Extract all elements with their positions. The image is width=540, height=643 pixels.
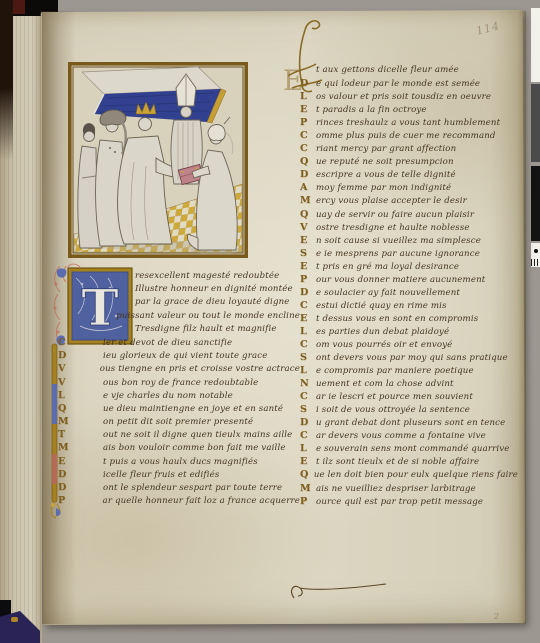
line-initial: E [300, 235, 316, 246]
verse-line: Mercy vous plaise accepter le desir [300, 195, 518, 208]
line-initial: C [300, 391, 316, 402]
line-initial: T [56, 429, 103, 440]
verse-text: ont le splendeur sespart par toute terre [103, 483, 282, 493]
line-initial: M [56, 442, 103, 453]
verse-line: Mon petit dit soit premier presenté [56, 416, 300, 429]
verse-text: ue dieu maintiengne en joye et en santé [103, 404, 283, 414]
verse-text: ostre tresdigne et haulte noblesse [316, 223, 470, 233]
verse-line: Que reputé ne soit presumpcion [300, 156, 518, 169]
line-initial: E [300, 261, 316, 272]
verse-text: Illustre honneur en dignité montée [135, 284, 293, 294]
verse-text: n soit cause si vueillez ma simplesce [316, 236, 481, 246]
verse-text: t puis a vous haulx ducs magnifiés [103, 457, 258, 467]
verse-line: Et pris en gré ma loyal desirance [300, 261, 518, 274]
verse-line: Illustre honneur en dignité montée [56, 284, 300, 297]
line-initial: Q [300, 209, 316, 220]
verse-line: Le compromis par maniere poetique [300, 365, 518, 378]
binding-gold-tooling [11, 617, 18, 622]
calibration-registration-dot [534, 249, 538, 253]
verse-line: Princes treshaulz a vous tant humblement [300, 117, 518, 130]
verse-text: par la grace de dieu loyauté digne [135, 297, 290, 307]
verse-line: Cestui dictié quay en rime mis [300, 300, 518, 313]
line-initial: E [300, 313, 316, 324]
verse-line: Dicelle fleur fruis et edifiés [56, 469, 300, 482]
line-initial: D [56, 482, 103, 493]
verse-line: Amoy femme par mon indignité [300, 182, 518, 195]
verse-text: t ilz sont tieulx et de si noble affaire [316, 457, 479, 467]
verse-text: icelle fleur fruis et edifiés [103, 470, 219, 480]
line-initial: L [300, 365, 316, 376]
verse-line: Criant mercy par grant affection [300, 143, 518, 156]
line-initial: D [300, 287, 316, 298]
line-initial: L [300, 443, 316, 454]
line-initial: S [300, 248, 316, 259]
line-initial: Q [300, 156, 316, 167]
verse-text: os valour et pris soit tousdiz en oeuvre [316, 92, 491, 102]
verse-text: e ie mesprens par aucune ignorance [316, 249, 480, 259]
verse-text: out ne soit il digne quen tieulx mains a… [103, 430, 292, 440]
line-initial: D [56, 469, 103, 480]
verse-text: puissant valeur ou tout le monde encline [116, 311, 300, 321]
line-initial: C [56, 337, 103, 348]
verse-line: Vous tiengne en pris et croisse vostre a… [56, 363, 300, 376]
verse-line: Nuement et com la chose advint [300, 378, 518, 391]
verse-text: Tresdigne filz hault et magnifie [135, 324, 277, 334]
verse-text: om vous pourrés oir et envoyé [316, 340, 452, 350]
binding-spine-edge [0, 0, 13, 160]
verse-line: Que len doit bien pour eulx quelque rien… [300, 469, 518, 482]
verse-text: ieu glorieux de qui vient toute grace [103, 351, 267, 361]
verse-text: ource quil est par trop petit message [316, 497, 483, 507]
verse-text: ous bon roy de france redoubtable [103, 378, 258, 388]
verse-column-left: resexcellent magesté redoubtéeIllustre h… [56, 271, 300, 508]
verse-text: our vous donner matiere aucunement [316, 275, 485, 285]
verse-line: Vous bon roy de france redoubtable [56, 377, 300, 390]
verse-text: omme plus puis de cuer me recommand [316, 131, 496, 141]
calibration-patch-black [531, 166, 540, 241]
verse-text: t paradis a la fin octroye [316, 105, 427, 115]
verse-text: on petit dit soit premier presenté [103, 417, 253, 427]
verse-line: Com vous pourrés oir et envoyé [300, 339, 518, 352]
verse-line: Tresdigne filz hault et magnifie [56, 324, 300, 337]
verse-line: Par quelle honneur fait loz a france acq… [56, 495, 300, 508]
verse-text: e soulacier ay fait nouvellement [316, 288, 460, 298]
line-initial: E [56, 456, 103, 467]
line-initial: C [300, 143, 316, 154]
verse-text: e vje charles du nom notable [103, 391, 233, 401]
verse-text: moy femme par mon indignité [316, 183, 451, 193]
verse-line: Que dieu maintiengne en joye et en santé [56, 403, 300, 416]
verse-text: e souverain sens mont commandé quarrive [316, 444, 510, 454]
verse-line: Se ie mesprens par aucune ignorance [300, 248, 518, 261]
line-initial: C [300, 339, 316, 350]
line-initial: D [56, 350, 103, 361]
verse-line: Mais bon vouloir comme bon fait me vaill… [56, 442, 300, 455]
verse-text: t aux gettons dicelle fleur amée [316, 65, 459, 75]
line-initial: D [300, 78, 316, 89]
verse-line: Pour vous donner matiere aucunement [300, 274, 518, 287]
line-initial: P [300, 274, 316, 285]
verse-line: puissant valeur ou tout le monde encline [56, 311, 300, 324]
line-initial: L [300, 91, 316, 102]
verse-text: ar quelle honneur fait loz a france acqu… [103, 496, 300, 506]
manuscript-photo: 114 2 [0, 0, 540, 643]
verse-text: ar devers vous comme a fontaine vive [316, 431, 486, 441]
verse-line: Vostre tresdigne et haulte noblesse [300, 222, 518, 235]
page-right-edge [518, 11, 526, 624]
line-initial: M [300, 483, 316, 494]
line-initial: Q [56, 403, 103, 414]
verse-line: Dont le splendeur sespart par toute terr… [56, 482, 300, 495]
line-initial: L [56, 390, 103, 401]
verse-text: e compromis par maniere poetique [316, 366, 474, 376]
miniature-presentation-scene [68, 62, 248, 258]
line-initial: S [300, 404, 316, 415]
line-initial: C [300, 430, 316, 441]
line-initial: M [56, 416, 103, 427]
verse-line: Si soit de vous ottroyée la sentence [300, 404, 518, 417]
verse-line: Pource quil est par trop petit message [300, 496, 518, 509]
verse-text: ont devers vous par moy qui sans pratiqu… [316, 353, 508, 363]
verse-text: i soit de vous ottroyée la sentence [316, 405, 470, 415]
line-initial: C [300, 130, 316, 141]
verse-line: Dieu glorieux de qui vient toute grace [56, 350, 300, 363]
line-initial: A [300, 182, 316, 193]
verse-text: t pris en gré ma loyal desirance [316, 262, 459, 272]
verse-text: ue len doit bien pour eulx quelque riens… [314, 470, 518, 480]
verse-line: t aux gettons dicelle fleur amée [300, 65, 518, 78]
verse-line: En soit cause si vueillez ma simplesce [300, 235, 518, 248]
verse-text: estui dictié quay en rime mis [316, 301, 447, 311]
verse-text: resexcellent magesté redoubtée [135, 271, 279, 281]
verse-text: u grant debat dont pluseurs sont en tenc… [316, 418, 505, 428]
verse-line: resexcellent magesté redoubtée [56, 271, 300, 284]
verse-line: De qui lodeur par le monde est semée [300, 78, 518, 91]
verse-text: e qui lodeur par le monde est semée [316, 79, 480, 89]
verse-text: ais bon vouloir comme bon fait me vaille [103, 443, 286, 453]
verse-column-right: t aux gettons dicelle fleur améeDe qui l… [300, 65, 518, 509]
verse-line: Car devers vous comme a fontaine vive [300, 430, 518, 443]
end-flourish [286, 578, 396, 604]
verse-line: par la grace de dieu loyauté digne [56, 297, 300, 310]
line-initial: P [56, 495, 103, 506]
verse-text: rinces treshaulz a vous tant humblement [316, 118, 500, 128]
verse-text: t dessus vous en sont en compromis [316, 314, 478, 324]
line-initial: N [300, 378, 316, 389]
verse-text: es parties dun debat plaidoyé [316, 327, 449, 337]
verse-line: Sont devers vous par moy qui sans pratiq… [300, 352, 518, 365]
verse-line: Et paradis a la fin octroye [300, 104, 518, 117]
line-initial: L [300, 326, 316, 337]
verse-text: ais ne vueilliez despriser larbitrage [316, 484, 476, 494]
line-initial: V [300, 222, 316, 233]
verse-line: Tout ne soit il digne quen tieulx mains … [56, 429, 300, 442]
verse-line: Et puis a vous haulx ducs magnifiés [56, 456, 300, 469]
verse-line: De soulacier ay fait nouvellement [300, 287, 518, 300]
verse-text: ler et devot de dieu sanctifie [103, 338, 232, 348]
verse-line: Car ie lescri et pource men souvient [300, 391, 518, 404]
line-initial: D [300, 417, 316, 428]
horned-headdress [208, 125, 225, 141]
verse-line: Le souverain sens mont commandé quarrive [300, 443, 518, 456]
verse-text: ous tiengne en pris et croisse vostre ac… [100, 364, 300, 374]
verse-line: Et dessus vous en sont en compromis [300, 313, 518, 326]
line-initial: P [300, 496, 316, 507]
calibration-patch-white [531, 8, 540, 82]
verse-line: Cler et devot de dieu sanctifie [56, 337, 300, 350]
verse-line: Quay de servir ou faire aucun plaisir [300, 209, 518, 222]
verse-text: ercy vous plaise accepter le desir [316, 196, 467, 206]
line-initial: C [300, 300, 316, 311]
verse-line: Mais ne vueilliez despriser larbitrage [300, 483, 518, 496]
verse-line: Du grant debat dont pluseurs sont en ten… [300, 417, 518, 430]
calibration-patch-gray [531, 84, 540, 162]
verse-line: Et ilz sont tieulx et de si noble affair… [300, 456, 518, 469]
line-initial: Q [300, 469, 314, 480]
line-initial: S [300, 352, 316, 363]
headband-red [13, 0, 25, 14]
verse-text: ue reputé ne soit presumpcion [316, 157, 454, 167]
verse-line: Le vje charles du nom notable [56, 390, 300, 403]
line-initial: V [56, 377, 103, 388]
line-initial: M [300, 195, 316, 206]
verse-line: Les parties dun debat plaidoyé [300, 326, 518, 339]
verse-text: ar ie lescri et pource men souvient [316, 392, 473, 402]
verse-text: escripre a vous de telle dignité [316, 170, 456, 180]
quire-mark: 2 [494, 612, 499, 621]
verse-text: uay de servir ou faire aucun plaisir [316, 210, 474, 220]
line-initial: E [300, 104, 316, 115]
line-initial: E [300, 456, 316, 467]
line-initial: V [56, 363, 100, 374]
verse-text: riant mercy par grant affection [316, 144, 456, 154]
line-initial: D [300, 169, 316, 180]
line-initial: P [300, 117, 316, 128]
verse-text: uement et com la chose advint [316, 379, 454, 389]
calibration-ruler-ticks [531, 259, 540, 266]
verse-line: Descripre a vous de telle dignité [300, 169, 518, 182]
verse-line: Los valour et pris soit tousdiz en oeuvr… [300, 91, 518, 104]
verse-line: Comme plus puis de cuer me recommand [300, 130, 518, 143]
